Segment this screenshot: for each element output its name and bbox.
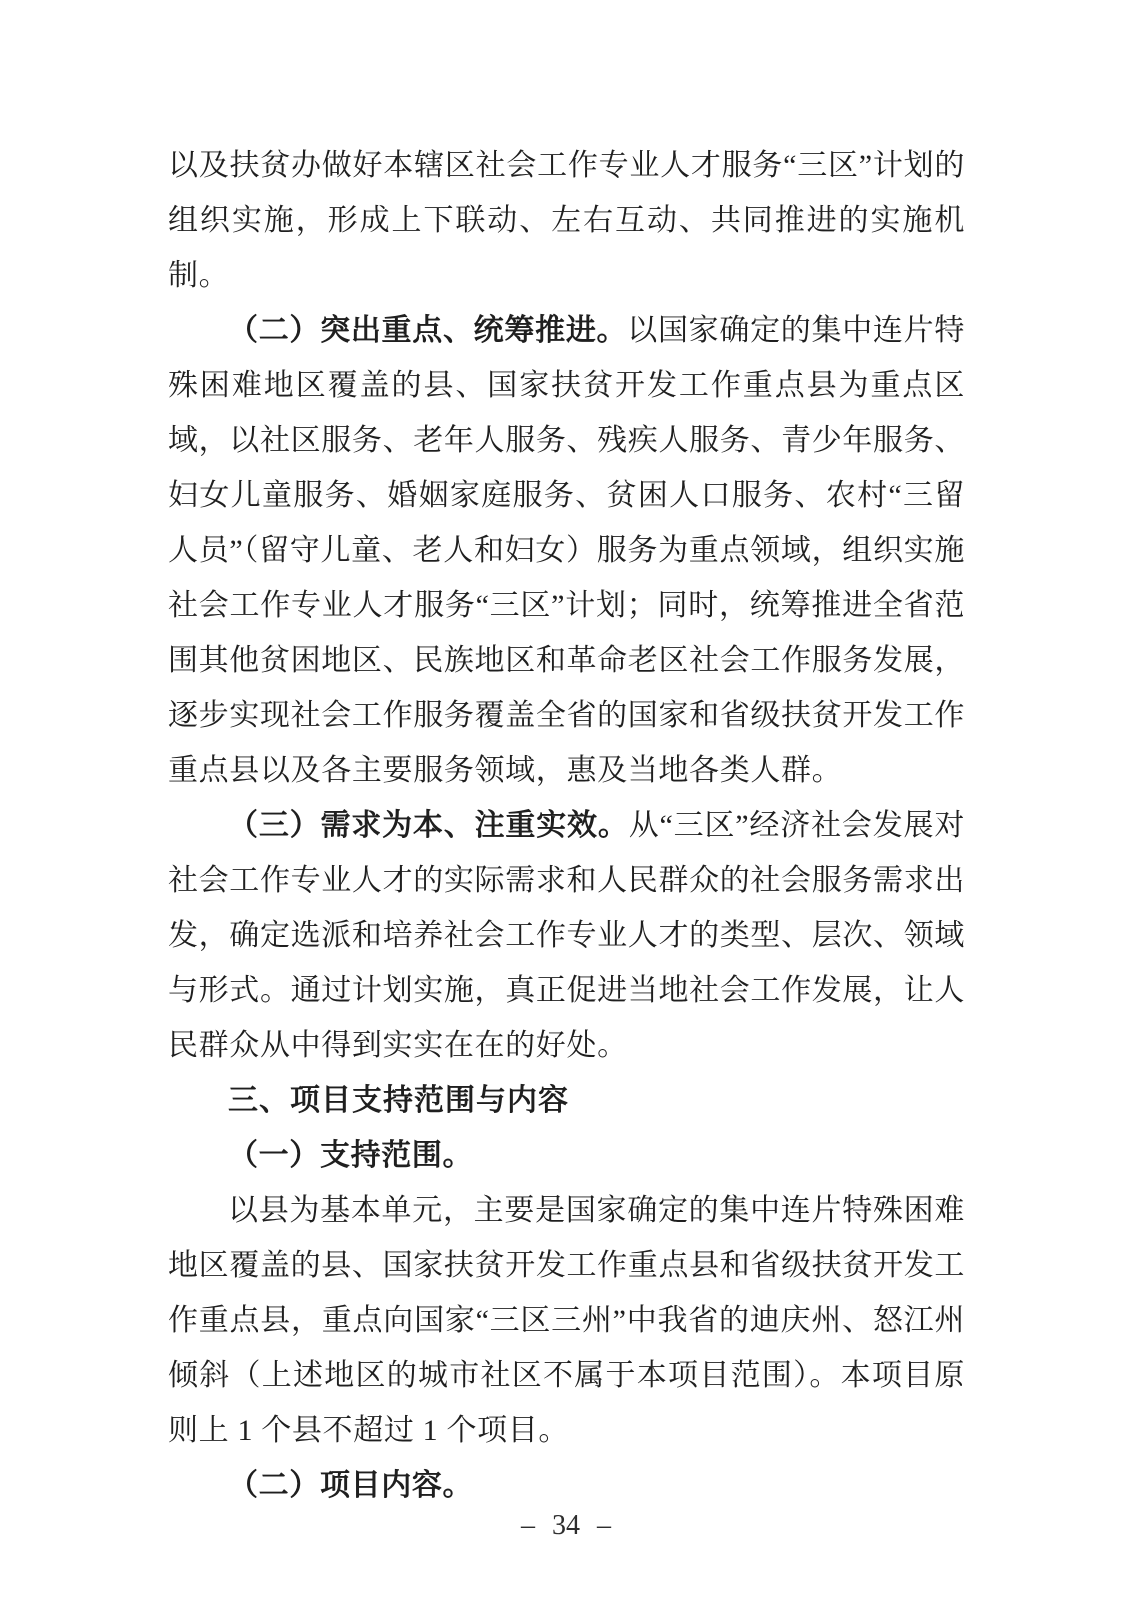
document-page: 以及扶贫办做好本辖区社会工作专业人才服务“三区”计划的组织实施，形成上下联动、左…	[0, 0, 1132, 1600]
document-body: 以及扶贫办做好本辖区社会工作专业人才服务“三区”计划的组织实施，形成上下联动、左…	[168, 138, 965, 1513]
page-number: – 34 –	[521, 1510, 611, 1541]
paragraph: （二）突出重点、统筹推进。以国家确定的集中连片特殊困难地区覆盖的县、国家扶贫开发…	[168, 303, 965, 798]
paragraph-text: 以县为基本单元，主要是国家确定的集中连片特殊困难地区覆盖的县、国家扶贫开发工作重…	[168, 1194, 965, 1447]
paragraph-lead-text: （三）需求为本、注重实效。	[228, 809, 629, 842]
paragraph-text: 以及扶贫办做好本辖区社会工作专业人才服务“三区”计划的组织实施，形成上下联动、左…	[168, 149, 965, 292]
paragraph: （三）需求为本、注重实效。从“三区”经济社会发展对社会工作专业人才的实际需求和人…	[168, 798, 965, 1073]
paragraph-lead-text: （一）支持范围。	[228, 1139, 473, 1172]
paragraph-lead-text: （二）突出重点、统筹推进。	[228, 314, 627, 347]
paragraph: 以县为基本单元，主要是国家确定的集中连片特殊困难地区覆盖的县、国家扶贫开发工作重…	[168, 1183, 965, 1458]
paragraph-text: 以国家确定的集中连片特殊困难地区覆盖的县、国家扶贫开发工作重点县为重点区域，以社…	[168, 314, 965, 787]
paragraph: 以及扶贫办做好本辖区社会工作专业人才服务“三区”计划的组织实施，形成上下联动、左…	[168, 138, 965, 303]
paragraph-lead-text: 三、项目支持范围与内容	[228, 1084, 569, 1117]
paragraph-text: 从“三区”经济社会发展对社会工作专业人才的实际需求和人民群众的社会服务需求出发，…	[168, 809, 965, 1062]
page-footer: – 34 –	[0, 1510, 1132, 1542]
paragraph-lead-text: （二）项目内容。	[228, 1469, 473, 1502]
sub-heading: （二）项目内容。	[168, 1458, 965, 1513]
sub-heading: （一）支持范围。	[168, 1128, 965, 1183]
section-heading: 三、项目支持范围与内容	[168, 1073, 965, 1128]
